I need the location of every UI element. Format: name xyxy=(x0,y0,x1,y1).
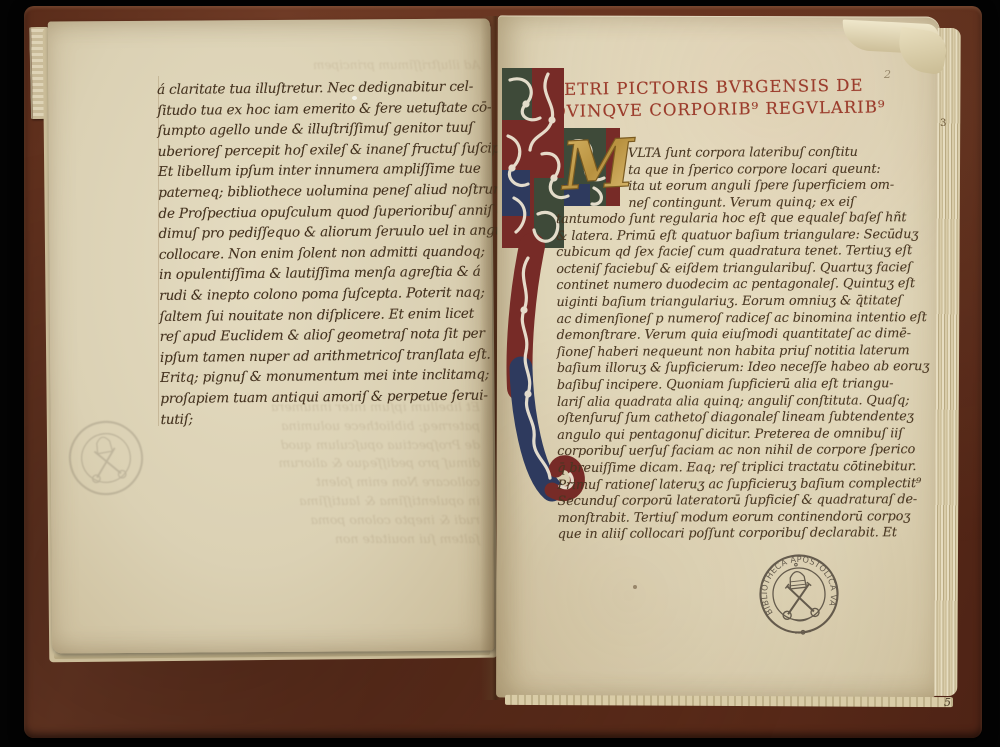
vatican-library-stamp: BIBLIOTHECA APOSTOLICA VATICANA xyxy=(747,542,850,645)
text-line: continet numero duodecim ac pentagonaleſ… xyxy=(556,276,948,295)
text-line: ac dimenſioneſ p numeroſ radiceſ ac bino… xyxy=(557,310,949,329)
text-line: oſtenſuruſ ſum cathetoſ diagonaleſ linea… xyxy=(557,409,949,428)
text-line: Primuſ rationeſ lateruʒ ac ſupficieruʒ b… xyxy=(557,475,949,494)
text-line: rudi & inepto colono poma xyxy=(150,511,480,530)
text-line: demonſtrare. Verum quia eiuſmodi quantit… xyxy=(557,326,949,345)
parchment-blemish xyxy=(633,585,637,589)
right-page-text-block: tantumodo ſunt regularia hoc eſt que equ… xyxy=(556,210,950,544)
text-line: paterneq; bibliothece uolumina peneſ ali… xyxy=(158,179,492,203)
text-line: rudi & inepto colono poma ſuſcepta. Pote… xyxy=(159,282,493,306)
text-line: de Proſpectiua opuſculum quod xyxy=(150,436,480,455)
text-line: que in aliiſ collocari poſſunt corporibu… xyxy=(558,525,950,544)
text-line: baſium illoruʒ & ſupficierum: Ideo neceſ… xyxy=(557,359,949,378)
text-line: lariſ alia quadrata alia quinq; anguliſ … xyxy=(557,392,949,411)
stamp-ring-text: BIBLIOTHECA APOSTOLICA VATICANA xyxy=(747,542,841,618)
corner-page-number: 5 xyxy=(944,696,951,709)
text-line: angulo qui pentagonuſ dicitur. Preterea … xyxy=(557,426,949,445)
page-edge-number: 3 xyxy=(940,118,946,129)
text-line: VLTA ſunt corpora lateribuſ conſtitu xyxy=(628,144,938,162)
text-line: Et libellum ipſum inter innumera xyxy=(150,398,480,417)
text-line: uiginti baſium triangulariuʒ. Eorum omni… xyxy=(556,293,948,312)
text-line: ſaltem ſui nouitate non xyxy=(150,530,480,549)
text-line: & latera. Primū eſt quatuor baſium trian… xyxy=(556,227,948,246)
text-line: paterneq; bibliothece uolumina xyxy=(150,417,480,436)
text-line: collocare Non enim ſolent xyxy=(150,473,480,492)
manuscript-photo: Ad illuſtriſſimum principem á claritate … xyxy=(0,0,1000,747)
text-line: Secunduſ corporū lateratorū ſupficieſ & … xyxy=(557,492,949,511)
folio-number: 2 xyxy=(884,68,891,81)
text-line: octeniſ faciebuſ & eiſdem triangularibuſ… xyxy=(556,260,948,279)
right-page-opening-lines: VLTA ſunt corpora lateribuſ conſtituta q… xyxy=(628,144,938,212)
left-page-text-block: á claritate tua illuſtretur. Nec dedigna… xyxy=(157,77,495,431)
text-line: cubicum qd ſex facieſ cum quadratura ten… xyxy=(556,243,948,262)
text-line: in opulentiſſima & lautiſſima xyxy=(150,492,480,511)
text-line: ta que in ſperico corpore locari queunt: xyxy=(628,161,938,179)
text-line: baſibuſ incipere. Quoniam ſupficierū ali… xyxy=(557,376,949,395)
text-line: monſtrabit. Tertiuſ modum eorum continen… xyxy=(558,509,950,528)
vatican-library-stamp-bleedthrough xyxy=(55,407,157,509)
text-line: ita ut eorum anguli ſpere ſuperficiem om… xyxy=(628,178,938,196)
left-page-top-bleedthrough: Ad illuſtriſſimum principem xyxy=(160,58,480,72)
text-line: tantumodo ſunt regularia hoc eſt que equ… xyxy=(556,210,948,229)
text-line: ſioneſ haberi nequeunt non habita priuſ … xyxy=(557,343,949,362)
left-page-bleedthrough-text: Et libellum ipſum inter innumerapaterneq… xyxy=(150,398,480,548)
text-line: dimuſ pro pediſſequo & aliorum xyxy=(150,454,480,473)
papal-tiara-icon xyxy=(787,562,807,589)
text-line: corporibuſ uerſuſ faciam ac non nihil de… xyxy=(557,442,949,461)
text-line: á claritate tua illuſtretur. Nec dedigna… xyxy=(157,77,491,101)
text-line: q̄ breuiſſime dicam. Eaq; reſ triplici t… xyxy=(557,459,949,478)
